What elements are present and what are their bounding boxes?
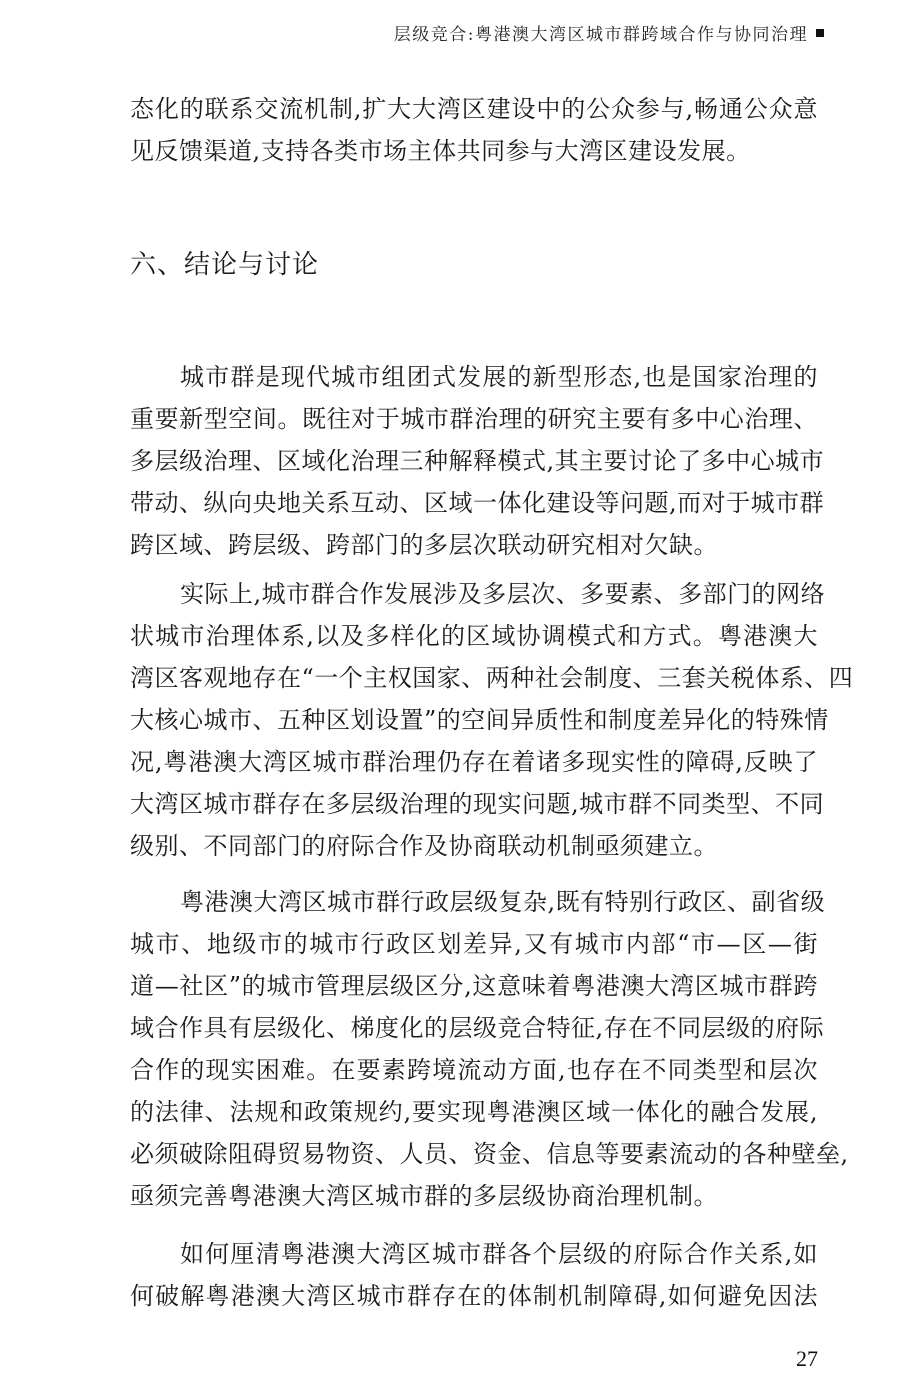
text-line: 况,粤港澳大湾区城市群治理仍存在着诸多现实性的障碍,反映了 [130,741,818,783]
text-line: 何破解粤港澳大湾区城市群存在的体制机制障碍,如何避免因法 [130,1275,818,1317]
text-line: 域合作具有层级化、梯度化的层级竞合特征,存在不同层级的府际 [130,1007,818,1049]
text-line: 道—社区”的城市管理层级区分,这意味着粤港澳大湾区城市群跨 [130,965,818,1007]
text-line: 带动、纵向央地关系互动、区域一体化建设等问题,而对于城市群 [130,482,818,524]
text-line: 亟须完善粤港澳大湾区城市群的多层级协商治理机制。 [130,1175,818,1217]
text-line: 城市、地级市的城市行政区划差异,又有城市内部“市—区—街 [130,923,818,965]
text-line: 湾区客观地存在“一个主权国家、两种社会制度、三套关税体系、四 [130,657,818,699]
text-line: 城市群是现代城市组团式发展的新型形态,也是国家治理的 [130,356,818,398]
paragraph-4: 如何厘清粤港澳大湾区城市群各个层级的府际合作关系,如 何破解粤港澳大湾区城市群存… [130,1233,818,1317]
header-square-icon [816,29,824,37]
paragraph-2: 实际上,城市群合作发展涉及多层次、多要素、多部门的网络 状城市治理体系,以及多样… [130,573,818,867]
continuation-paragraph: 态化的联系交流机制,扩大大湾区建设中的公众参与,畅通公众意 见反馈渠道,支持各类… [130,88,818,172]
text-line: 合作的现实困难。在要素跨境流动方面,也存在不同类型和层次 [130,1049,818,1091]
text-line: 态化的联系交流机制,扩大大湾区建设中的公众参与,畅通公众意 [130,88,818,130]
text-line: 实际上,城市群合作发展涉及多层次、多要素、多部门的网络 [130,573,818,615]
text-line: 多层级治理、区域化治理三种解释模式,其主要讨论了多中心城市 [130,440,818,482]
text-line: 状城市治理体系,以及多样化的区域协调模式和方式。粤港澳大 [130,615,818,657]
text-line: 粤港澳大湾区城市群行政层级复杂,既有特别行政区、副省级 [130,881,818,923]
paragraph-1: 城市群是现代城市组团式发展的新型形态,也是国家治理的 重要新型空间。既往对于城市… [130,356,818,566]
text-line: 如何厘清粤港澳大湾区城市群各个层级的府际合作关系,如 [130,1233,818,1275]
text-line: 必须破除阻碍贸易物资、人员、资金、信息等要素流动的各种壁垒, [130,1133,818,1175]
section-heading: 六、结论与讨论 [130,245,319,285]
running-header: 层级竞合:粤港澳大湾区城市群跨域合作与协同治理 [394,20,824,45]
text-line: 跨区域、跨层级、跨部门的多层次联动研究相对欠缺。 [130,524,818,566]
text-line: 大湾区城市群存在多层级治理的现实问题,城市群不同类型、不同 [130,783,818,825]
text-line: 见反馈渠道,支持各类市场主体共同参与大湾区建设发展。 [130,130,818,172]
text-line: 大核心城市、五种区划设置”的空间异质性和制度差异化的特殊情 [130,699,818,741]
text-line: 重要新型空间。既往对于城市群治理的研究主要有多中心治理、 [130,398,818,440]
paragraph-3: 粤港澳大湾区城市群行政层级复杂,既有特别行政区、副省级 城市、地级市的城市行政区… [130,881,818,1217]
text-line: 的法律、法规和政策规约,要实现粤港澳区域一体化的融合发展, [130,1091,818,1133]
running-header-title: 层级竞合:粤港澳大湾区城市群跨域合作与协同治理 [394,20,808,45]
page-number: 27 [796,1346,818,1372]
text-line: 级别、不同部门的府际合作及协商联动机制亟须建立。 [130,825,818,867]
